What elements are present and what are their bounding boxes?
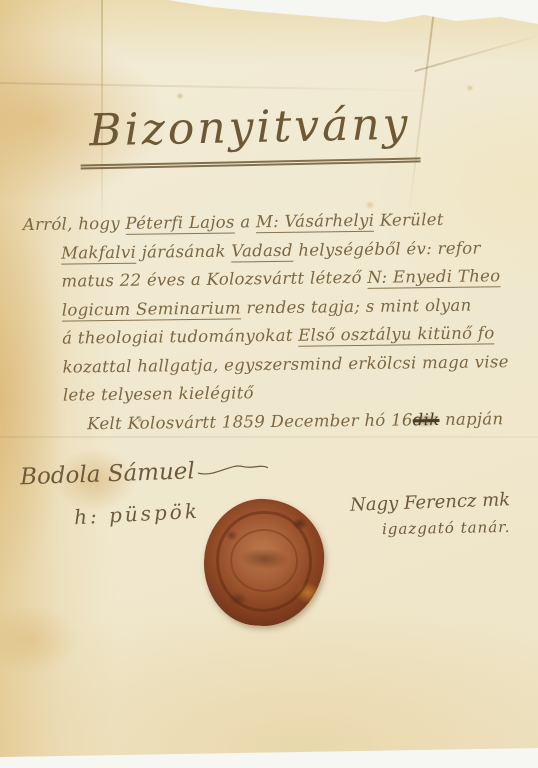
signature-right-title: igazgató tanár. [382, 518, 511, 538]
signature-right-name: Nagy Ferencz mk [350, 489, 511, 516]
body-line: kozattal hallgatja, egyszersmind erkölcs… [62, 347, 526, 381]
date-line: Kelt Kolosvártt 1859 December hó 16dik n… [87, 404, 527, 438]
signature-text: Bodola Sámuel [20, 458, 196, 490]
body-text: rendes tagja; s mint olyan [241, 295, 472, 317]
body-text: járásának [136, 241, 231, 261]
underlined-text: Első osztályu kitünő fo [298, 323, 495, 346]
crease-line [0, 82, 452, 92]
ink-blot-text: dik [413, 409, 440, 428]
body-text: Arról, hogy [23, 214, 126, 234]
signature-left-title: h: püspök [73, 499, 200, 530]
paper-sheet: Bizonyitvány Arról, hogy Péterfi Lajos a… [0, 0, 538, 768]
body-text: á theologiai tudományokat [62, 326, 298, 348]
body-text: a [235, 212, 256, 231]
signature-left-name: Bodola Sámuel [20, 456, 270, 491]
body-text: lete telyesen kielégitő [63, 383, 254, 404]
underlined-text: M: Vásárhelyi [256, 211, 375, 233]
body-text: helységéből év: refor [293, 238, 481, 259]
scanned-document: Bizonyitvány Arról, hogy Péterfi Lajos a… [0, 0, 538, 768]
body-text: napján [439, 409, 503, 429]
body-text: matus 22 éves a Kolozsvártt létező [61, 268, 367, 291]
underlined-text: logicum Seminarium [62, 298, 241, 321]
crease-line [414, 34, 538, 72]
body-text: Kerület [374, 210, 444, 230]
wax-seal [201, 496, 327, 629]
body-text-block: Arról, hogy Péterfi Lajos a M: Vásárhely… [23, 205, 528, 439]
underlined-text: Péterfi Lajos [125, 212, 234, 234]
body-text: kozattal hallgatja, egyszersmind erkölcs… [62, 352, 508, 376]
document-title: Bizonyitvány [79, 98, 420, 169]
signature-flourish [196, 460, 269, 479]
underlined-text: Vadasd [231, 240, 293, 262]
underlined-text: Makfalvi [61, 242, 136, 264]
body-text: Kelt Kolosvártt 1859 December hó 16 [87, 410, 413, 433]
underlined-text: N: Enyedi Theo [367, 266, 500, 289]
